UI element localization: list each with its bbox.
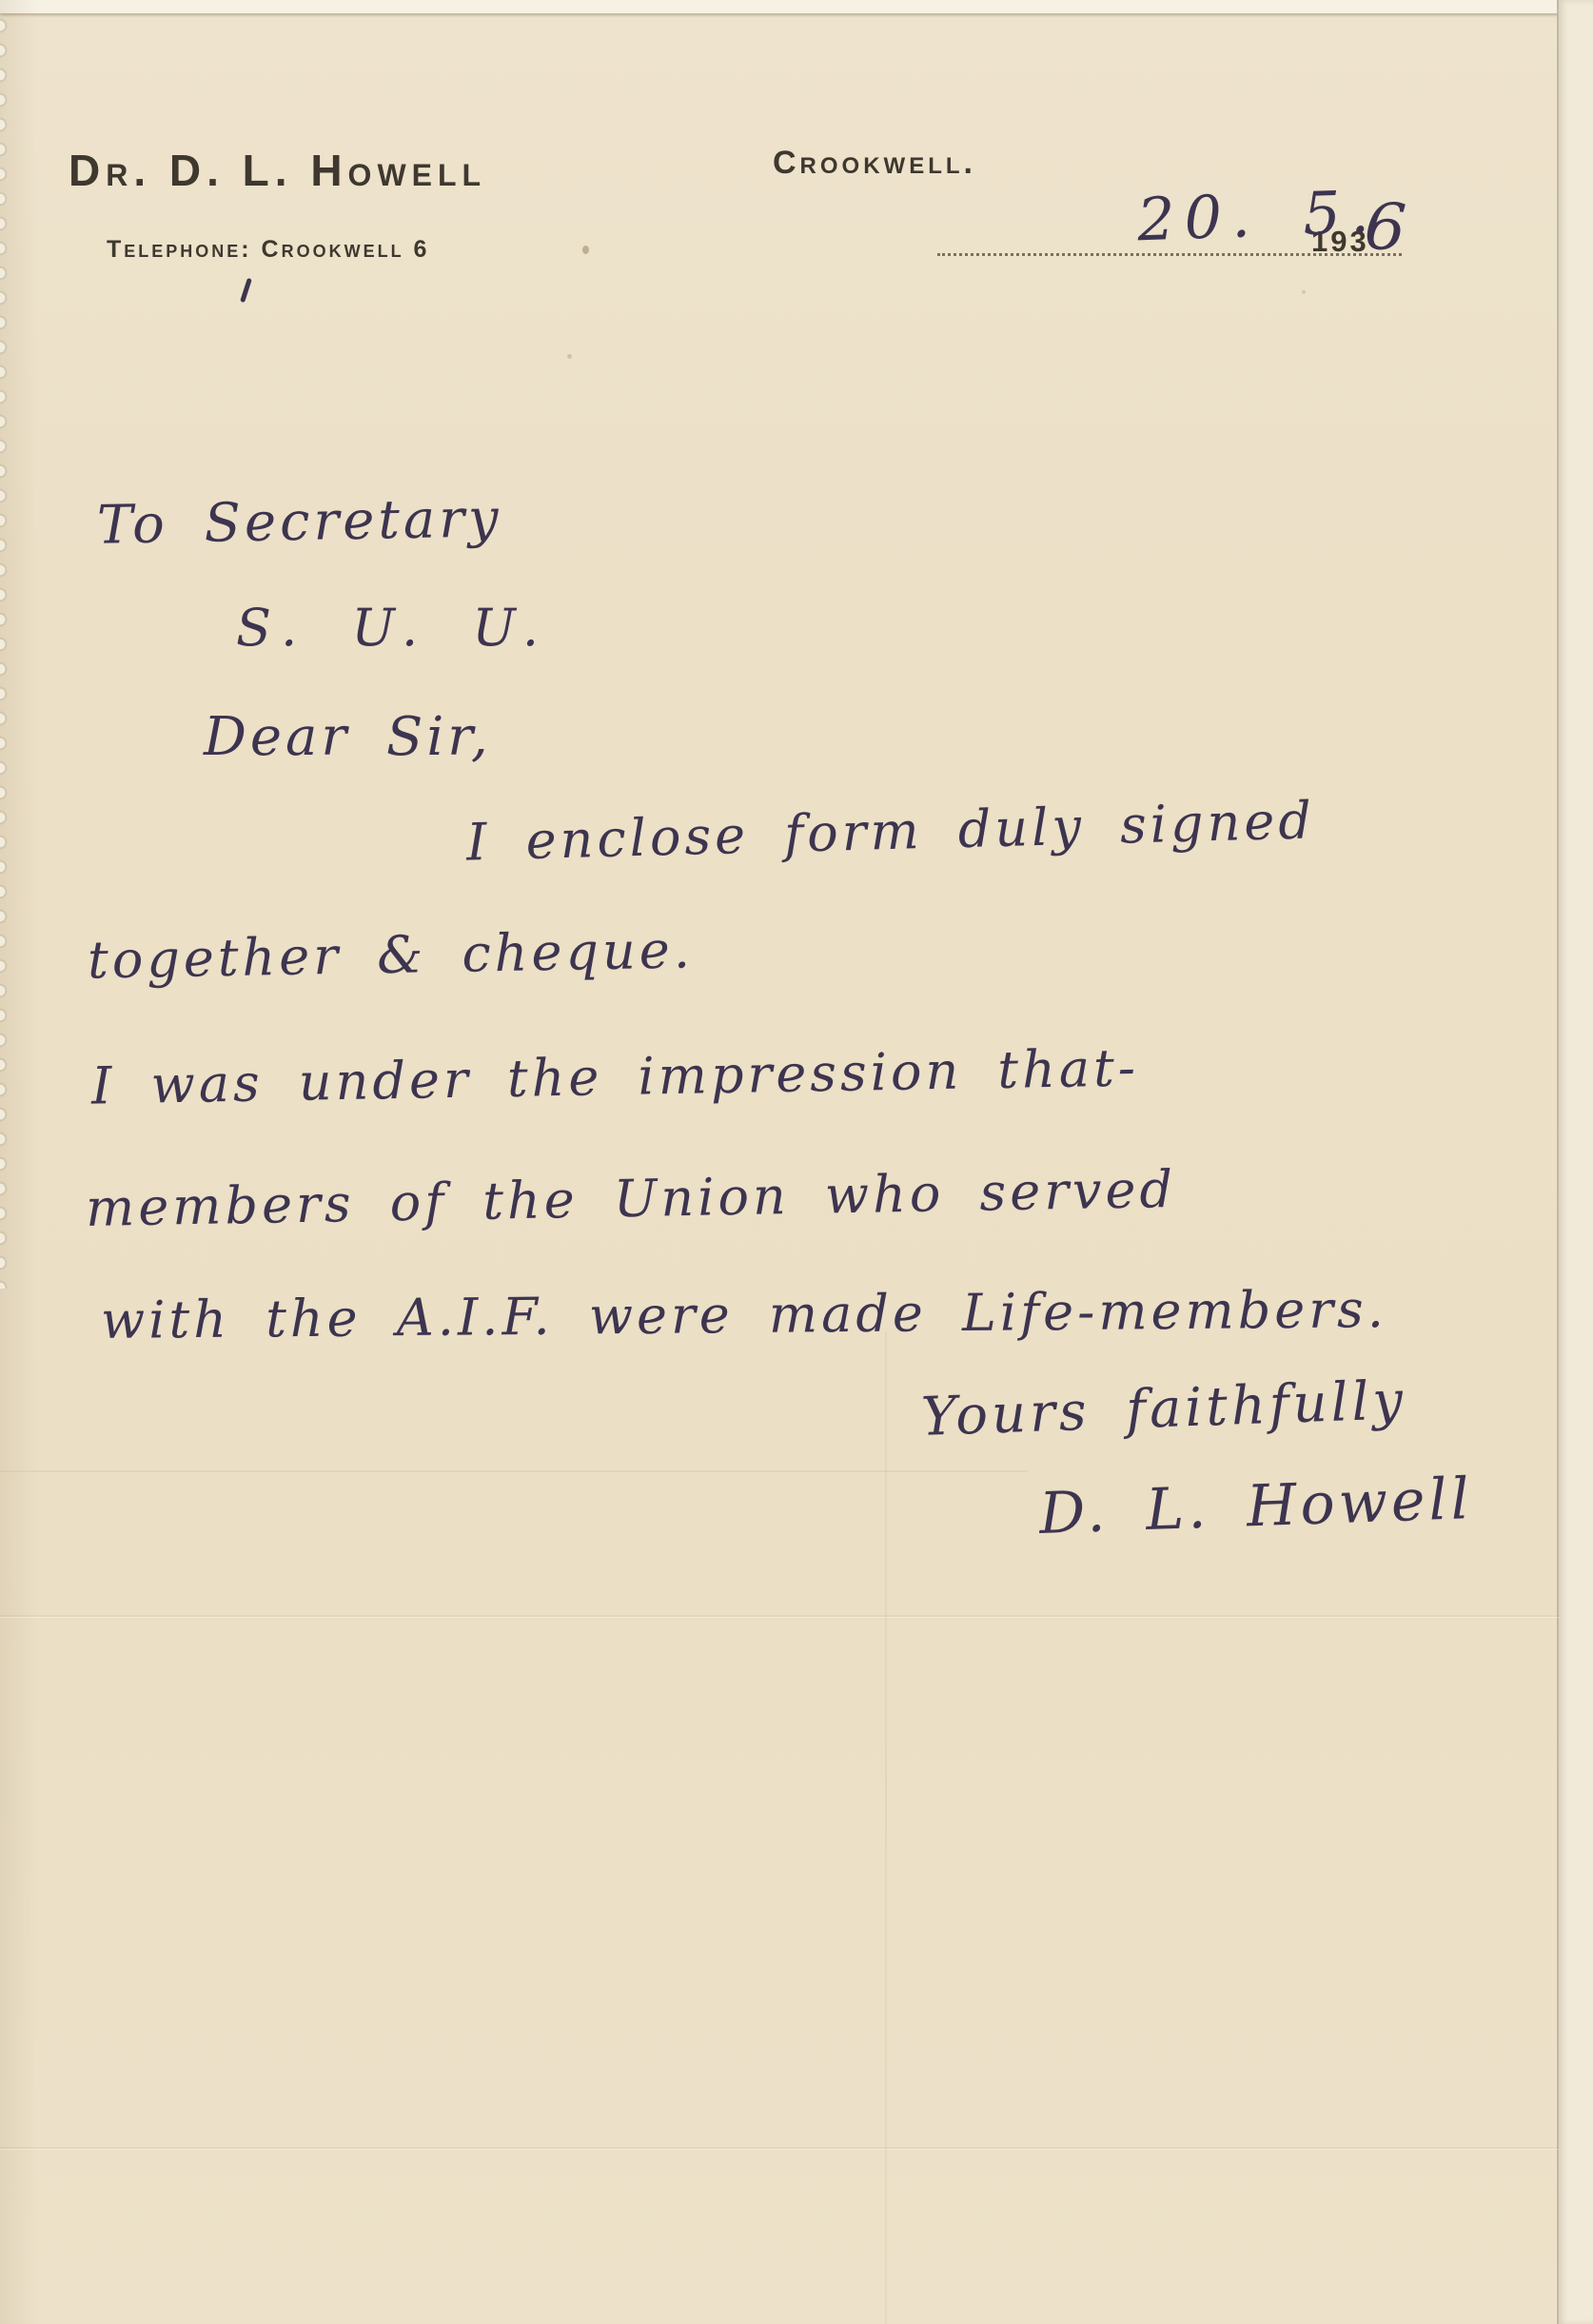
handwritten-year-digit: 6 xyxy=(1362,188,1412,266)
crease-fold-2-highlight xyxy=(0,1617,1559,1618)
letterhead-name: Dr. D. L. Howell xyxy=(69,145,486,196)
closing: Yours faithfully xyxy=(920,1369,1407,1448)
crease-vertical xyxy=(885,1332,887,2324)
body-line-5: with the A.I.F. were made Life-members. xyxy=(101,1279,1387,1350)
paper-speck-1 xyxy=(582,246,589,254)
salutation: Dear Sir, xyxy=(204,706,492,768)
stray-pen-mark xyxy=(240,278,252,303)
body-line-2: together & cheque. xyxy=(87,919,694,990)
body-line-3: I was under the impression that- xyxy=(91,1037,1140,1115)
body-line-1: I enclose form duly signed xyxy=(465,790,1315,872)
right-paper-edge xyxy=(1557,0,1593,2324)
crease-fold-1 xyxy=(0,1470,1028,1472)
top-sheet-edge xyxy=(0,0,1593,13)
recipient-line-2: S. U. U. xyxy=(236,598,550,658)
letterhead-telephone: Telephone: Crookwell 6 xyxy=(107,236,429,264)
body-line-4: members of the Union who served xyxy=(86,1159,1177,1238)
letterhead-town: Crookwell. xyxy=(773,145,976,182)
signature: D. L. Howell xyxy=(1038,1466,1474,1547)
recipient-line-1: To Secretary xyxy=(96,487,502,556)
letter-scan: Dr. D. L. Howell Crookwell. Telephone: C… xyxy=(0,0,1593,2324)
paper-speck-2 xyxy=(567,354,572,359)
handwritten-date-day-month: 20. 5. xyxy=(1136,177,1380,255)
deckle-edge xyxy=(0,13,12,1289)
paper-speck-3 xyxy=(1302,290,1306,294)
crease-fold-3-highlight xyxy=(0,2149,1559,2150)
